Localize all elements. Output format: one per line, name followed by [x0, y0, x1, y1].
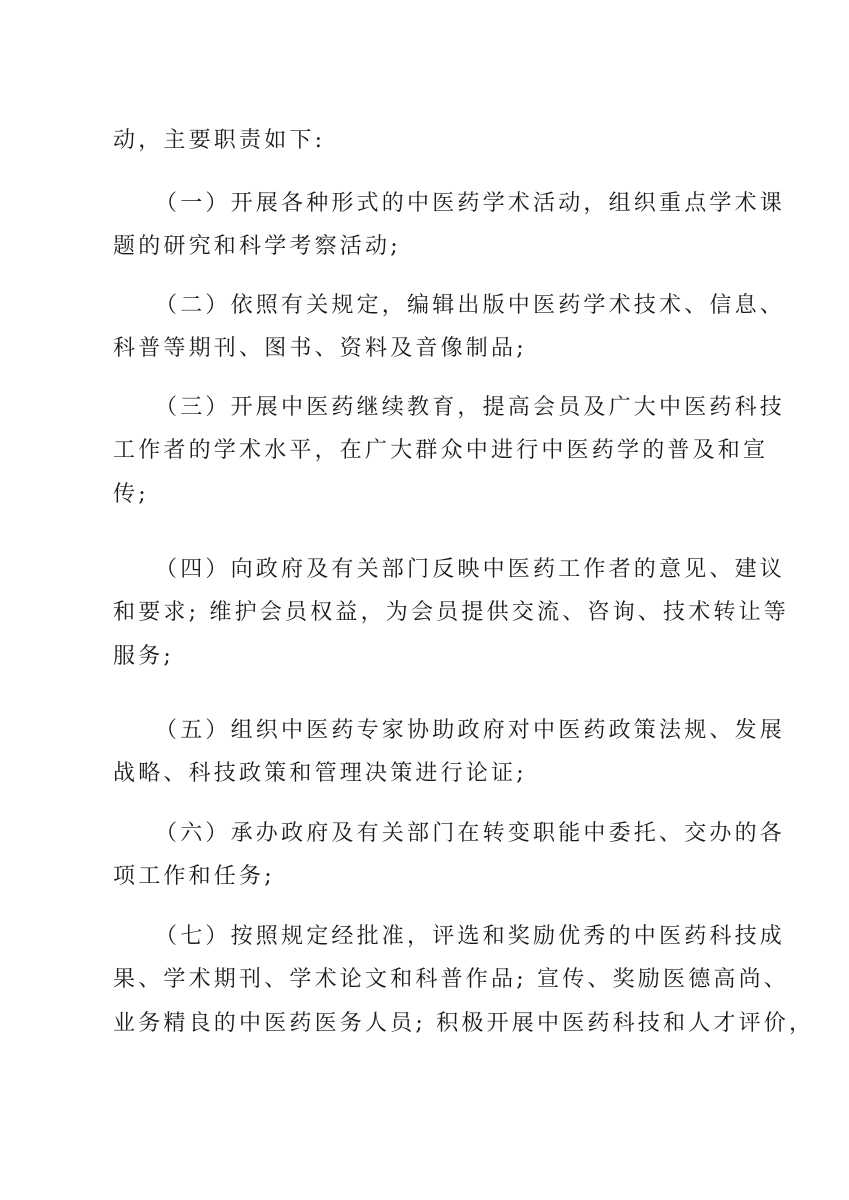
document-page: 动，主要职责如下: （一）开展各种形式的中医药学术活动，组织重点学术课 题的研究… — [0, 0, 849, 1200]
item-4-line-3: 服务; — [113, 642, 174, 672]
item-3-line-3: 传; — [113, 480, 149, 510]
item-7-line-1: （七）按照规定经批准，评选和奖励优秀的中医药科技成 — [155, 922, 785, 952]
item-5-line-1: （五）组织中医药专家协助政府对中医药政策法规、发展 — [155, 716, 785, 746]
item-1-line-1: （一）开展各种形式的中医药学术活动，组织重点学术课 — [155, 189, 785, 219]
item-3-line-1: （三）开展中医药继续教育，提高会员及广大中医药科技 — [155, 393, 785, 423]
item-6-line-1: （六）承办政府及有关部门在转变职能中委托、交办的各 — [155, 819, 785, 849]
item-3-line-2: 工作者的学术水平，在广大群众中进行中医药学的普及和宣 — [113, 436, 768, 466]
item-2-line-1: （二）依照有关规定，编辑出版中医药学术技术、信息、 — [155, 291, 785, 321]
item-6-line-2: 项工作和任务; — [113, 862, 275, 892]
item-5-line-2: 战略、科技政策和管理决策进行论证; — [113, 759, 527, 789]
item-2-line-2: 科普等期刊、图书、资料及音像制品; — [113, 334, 527, 364]
text-line: 动，主要职责如下: — [113, 126, 325, 156]
item-4-line-2: 和要求; 维护会员权益，为会员提供交流、咨询、技术转让等 — [113, 598, 789, 628]
item-1-line-2: 题的研究和科学考察活动; — [113, 232, 401, 262]
item-7-line-3: 业务精良的中医药医务人员; 积极开展中医药科技和人才评价， — [113, 1009, 814, 1039]
item-4-line-1: （四）向政府及有关部门反映中医药工作者的意见、建议 — [155, 555, 785, 585]
item-7-line-2: 果、学术期刊、学术论文和科普作品; 宣传、奖励医德高尚、 — [113, 965, 789, 995]
